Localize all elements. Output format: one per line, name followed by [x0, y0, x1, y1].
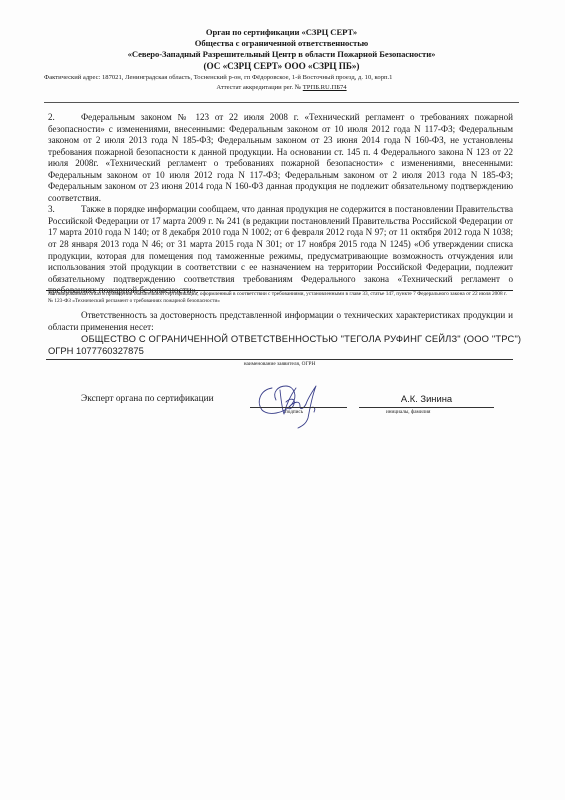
letterhead-org-title: Орган по сертификации «СЗРЦ СЕРТ» — [44, 27, 519, 38]
letterhead-address: Фактический адрес: 187021, Ленинградская… — [44, 73, 519, 83]
expert-role: Эксперт органа по сертификации — [81, 394, 214, 404]
letterhead-company-name: «Северо-Западный Разрешительный Центр в … — [44, 49, 519, 60]
accreditation-label: Аттестат аккредитации рег. № — [216, 84, 301, 91]
letterhead-abbreviation: (ОС «СЗРЦ СЕРТ» ООО «СЗРЦ ПБ») — [44, 60, 519, 72]
paragraph-number: 2. — [48, 112, 81, 124]
letterhead: Орган по сертификации «СЗРЦ СЕРТ» Общест… — [44, 27, 519, 93]
letterhead-legal-form: Общества с ограниченной ответственностью — [44, 38, 519, 49]
certificate-letter-page: Орган по сертификации «СЗРЦ СЕРТ» Общест… — [0, 0, 565, 800]
signature-line — [250, 407, 347, 408]
applicant-company: ОБЩЕСТВО С ОГРАНИЧЕННОЙ ОТВЕТСТВЕННОСТЬЮ… — [48, 333, 513, 345]
name-caption: инициалы, фамилия — [386, 409, 430, 415]
paragraph-text: Федеральным законом № 123 от 22 июля 200… — [48, 112, 513, 203]
letter-body: 2.Федеральным законом № 123 от 22 июля 2… — [48, 112, 513, 297]
expert-name: А.К. Зинина — [359, 393, 494, 404]
responsibility-section: Ответственность за достоверность предста… — [48, 310, 513, 357]
paragraph-3: 3.Также в порядке информации сообщаем, ч… — [48, 204, 513, 296]
handwritten-signature — [250, 378, 330, 430]
applicant-underline — [46, 359, 513, 360]
accreditation-number: ТРПБ.RU.ПБ74 — [303, 84, 347, 91]
responsibility-intro: Ответственность за достоверность предста… — [48, 310, 513, 333]
paragraph-number: 3. — [48, 204, 81, 216]
paragraph-2: 2.Федеральным законом № 123 от 22 июля 2… — [48, 112, 513, 204]
paragraph-text: Также в порядке информации сообщаем, что… — [48, 204, 513, 295]
signature-caption: подпись — [285, 409, 303, 415]
applicant-ogrn: ОГРН 1077760327875 — [48, 345, 513, 357]
letterhead-divider — [44, 102, 519, 103]
footnote: Мотивированный отказ в проведении обязат… — [48, 291, 513, 305]
applicant-caption: наименование заявителя, ОГРН — [46, 361, 513, 367]
name-line — [359, 407, 494, 408]
accreditation-line: Аттестат аккредитации рег. № ТРПБ.RU.ПБ7… — [44, 83, 519, 93]
